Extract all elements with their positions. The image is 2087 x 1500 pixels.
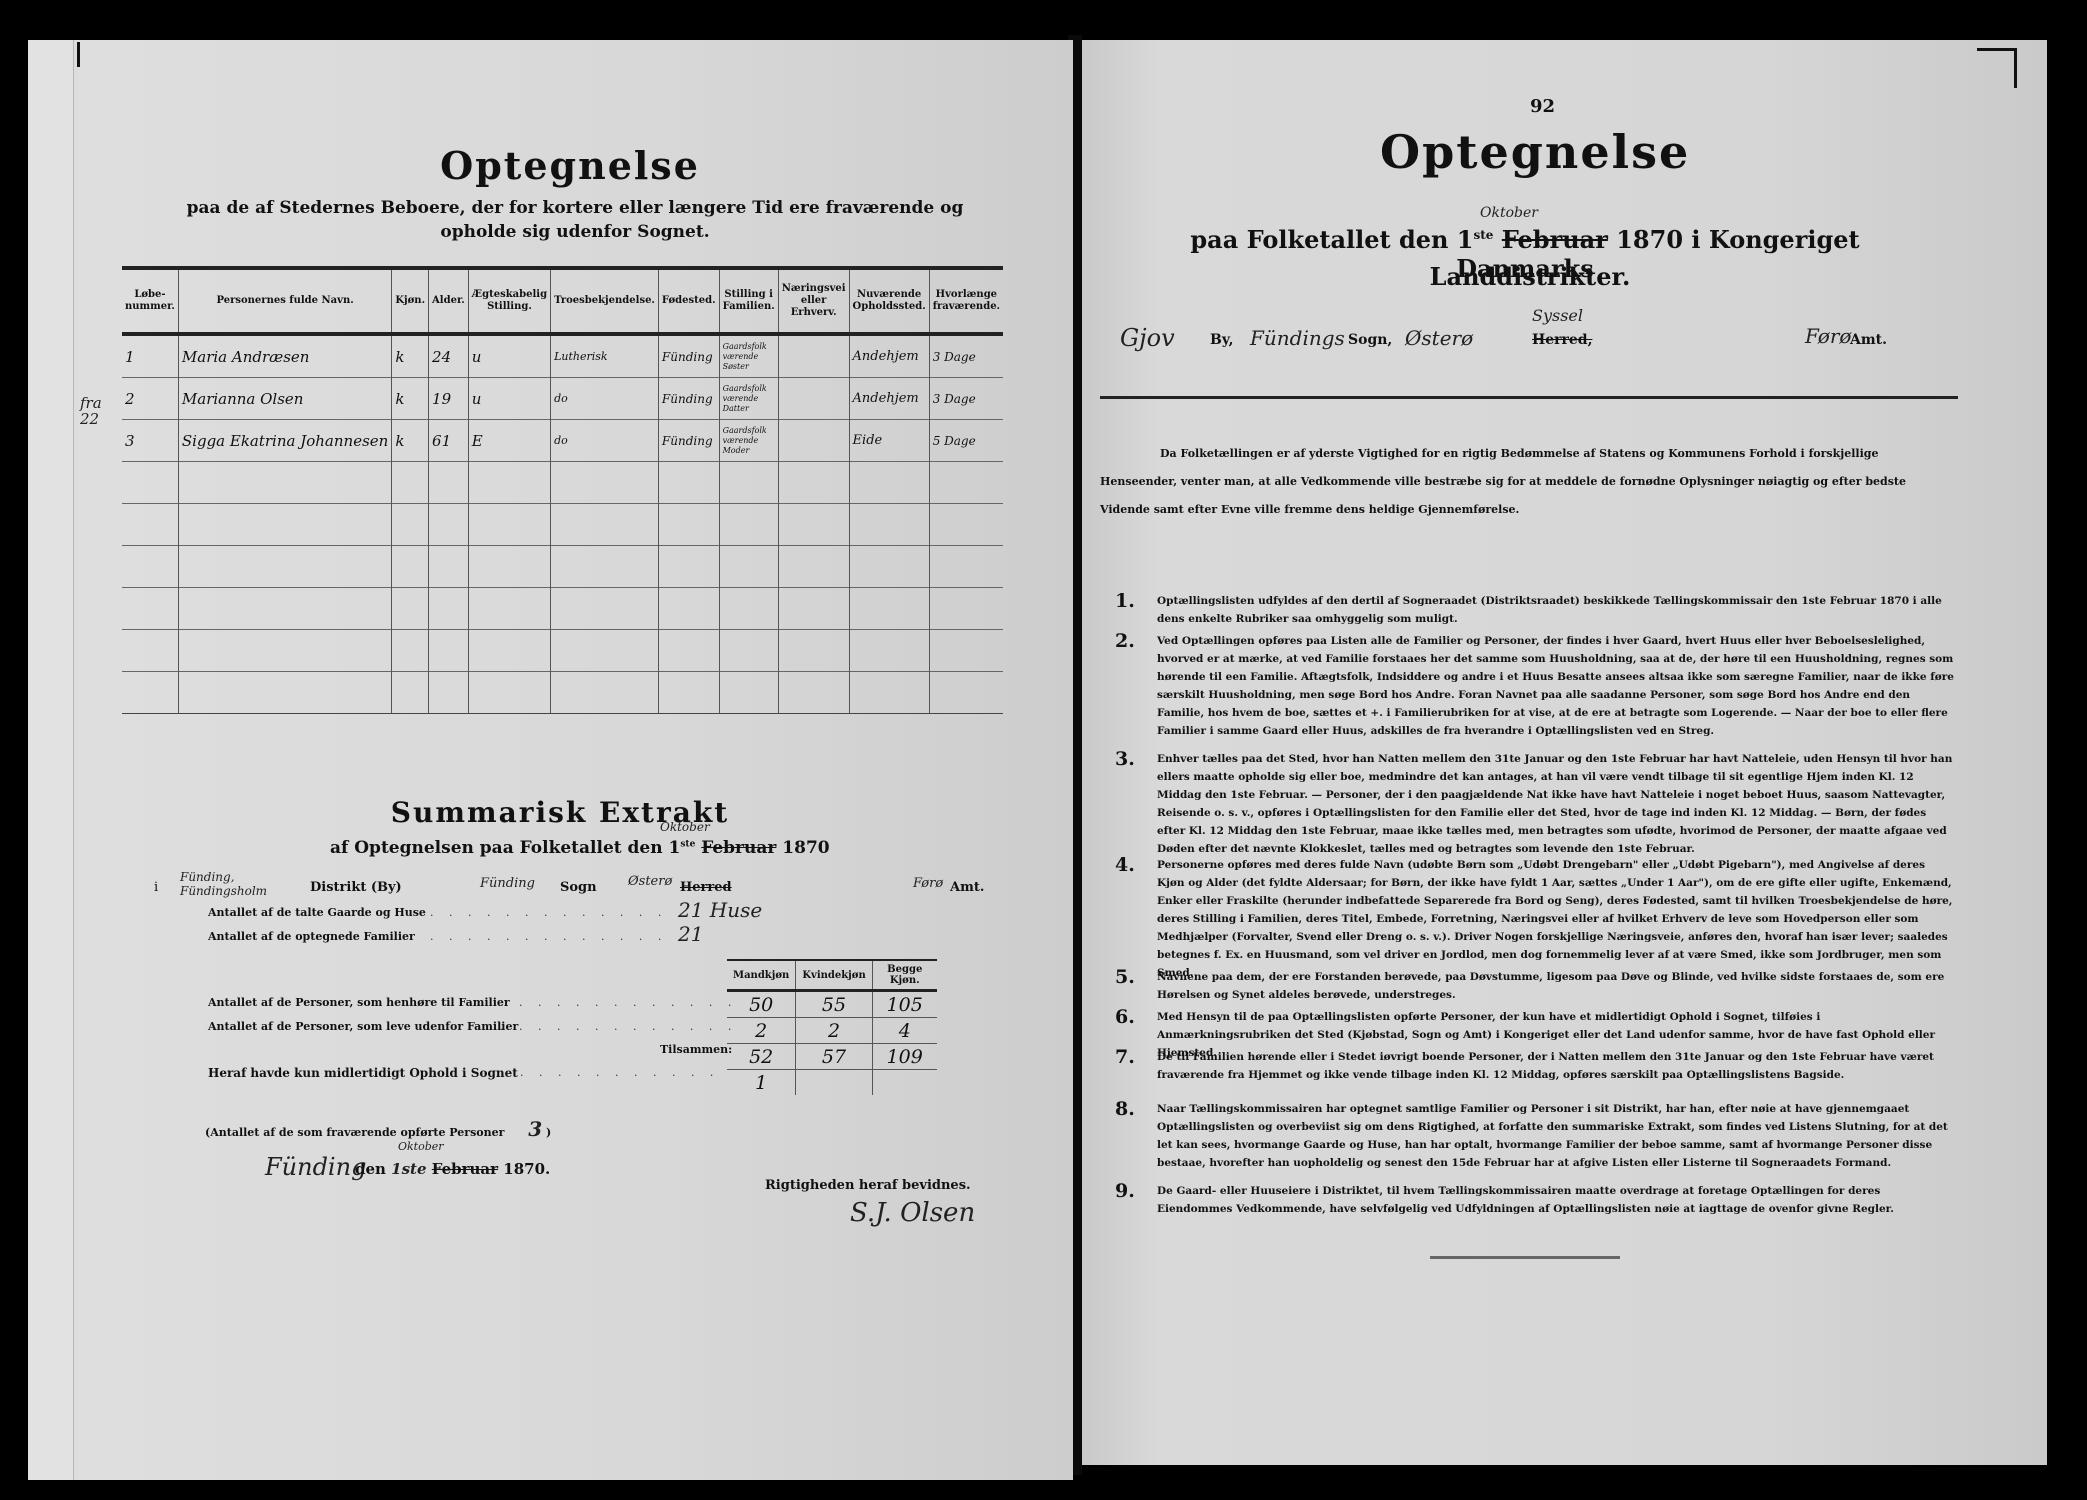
- extract-sogn-label: Sogn: [560, 880, 597, 895]
- instruction-text: De Gaard- eller Huuseiere i Distriktet, …: [1157, 1182, 1955, 1218]
- cell-nr: [122, 630, 178, 672]
- location-herred-written: Syssel: [1532, 306, 1583, 325]
- cell-nr: [122, 504, 178, 546]
- totals-cell: 1: [727, 1070, 796, 1096]
- cell-residence: [849, 504, 929, 546]
- col-header-name: Personernes fulde Navn.: [178, 268, 391, 334]
- instruction-item: 4. Personerne opføres med deres fulde Na…: [1115, 856, 1955, 982]
- cell-residence: [849, 588, 929, 630]
- cell-name: Maria Andræsen: [178, 334, 391, 378]
- cell-residence: [849, 672, 929, 714]
- cell-absent: [929, 630, 1003, 672]
- cell-marital: [468, 546, 550, 588]
- instruction-item: 2. Ved Optællingen opføres paa Listen al…: [1115, 632, 1955, 740]
- instruction-number: 4.: [1115, 856, 1135, 874]
- absentee-table: Løbe-nummer. Personernes fulde Navn. Kjø…: [122, 266, 1003, 714]
- location-by-value: Gjov: [1120, 324, 1175, 352]
- cell-nr: 1: [122, 334, 178, 378]
- table-row: [122, 462, 1003, 504]
- cell-marital: E: [468, 420, 550, 462]
- signature: S.J. Olsen: [850, 1198, 975, 1228]
- cell-absent: [929, 672, 1003, 714]
- location-sogn-value: Fündings: [1250, 326, 1345, 350]
- cell-age: 61: [429, 420, 469, 462]
- totals-cell: [872, 1070, 937, 1096]
- cell-birthplace: [658, 630, 719, 672]
- extract-subtitle: af Optegnelsen paa Folketallet den 1ste …: [330, 838, 830, 858]
- cell-occupation: [778, 672, 849, 714]
- instruction-number: 5.: [1115, 968, 1135, 986]
- cell-faith: [551, 504, 659, 546]
- page-edge-strip: [28, 40, 74, 1480]
- extract-subtitle-text: af Optegnelsen paa Folketallet den 1: [330, 838, 680, 858]
- cell-position: [719, 546, 778, 588]
- cell-occupation: [778, 462, 849, 504]
- cell-birthplace: [658, 462, 719, 504]
- dot-leader: . . . . . . . . . . . . .: [430, 906, 667, 919]
- instruction-item: 7. De til Familien hørende eller i Stede…: [1115, 1048, 1955, 1084]
- extract-year: 1870: [782, 838, 829, 858]
- cell-occupation: [778, 504, 849, 546]
- intro-paragraph: Da Folketællingen er af yderste Vigtighe…: [1100, 440, 1950, 524]
- totals-row-temporary: 1: [727, 1070, 937, 1096]
- cell-marital: u: [468, 334, 550, 378]
- cell-birthplace: [658, 504, 719, 546]
- cell-faith: do: [551, 420, 659, 462]
- instruction-text: Naar Tællingskommissairen har optegnet s…: [1157, 1100, 1955, 1172]
- col-header-residence: Nuværende Opholdssted.: [849, 268, 929, 334]
- cell-absent: 3 Dage: [929, 378, 1003, 420]
- instruction-number: 1.: [1115, 592, 1135, 610]
- location-amt-value: Førø: [1805, 324, 1851, 348]
- date-month-struck: Februar: [432, 1160, 498, 1178]
- cell-birthplace: Fünding: [658, 420, 719, 462]
- instruction-item: 5. Navnene paa dem, der ere Forstanden b…: [1115, 968, 1955, 1004]
- instruction-number: 3.: [1115, 750, 1135, 768]
- col-header-absent: Hvorlænge fraværende.: [929, 268, 1003, 334]
- date-pre: den: [355, 1160, 386, 1178]
- cell-occupation: [778, 420, 849, 462]
- cell-marital: [468, 672, 550, 714]
- table-row: [122, 546, 1003, 588]
- cell-name: [178, 504, 391, 546]
- totals-cell: 52: [727, 1044, 796, 1070]
- date-day: 1ste: [391, 1160, 426, 1178]
- cell-name: Sigga Ekatrina Johannesen: [178, 420, 391, 462]
- table-row: 2 Marianna Olsen k 19 u do Fünding Gaard…: [122, 378, 1003, 420]
- cell-absent: [929, 588, 1003, 630]
- col-header-birthplace: Fødested.: [658, 268, 719, 334]
- absent-count-line: (Antallet af de som fraværende opførte P…: [205, 1117, 551, 1141]
- instruction-text: Ved Optællingen opføres paa Listen alle …: [1157, 632, 1955, 740]
- date-month-written: Oktober: [398, 1140, 444, 1153]
- absent-count-close: ): [546, 1126, 551, 1139]
- cell-nr: [122, 546, 178, 588]
- dot-leader: . . . . . . . . . . . . .: [430, 930, 667, 943]
- cell-age: 24: [429, 334, 469, 378]
- cell-residence: [849, 462, 929, 504]
- table-row: [122, 672, 1003, 714]
- cell-residence: Eide: [849, 420, 929, 462]
- totals-label-sum: Tilsammen:: [660, 1043, 732, 1056]
- cell-sex: [392, 462, 429, 504]
- table-row: [122, 588, 1003, 630]
- cell-position: Gaardsfolk værende Søster: [719, 334, 778, 378]
- cell-sex: [392, 546, 429, 588]
- dot-leader: . . . . . . . . . . . . .: [500, 996, 737, 1009]
- instruction-text: Navnene paa dem, der ere Forstanden berø…: [1157, 968, 1955, 1004]
- totals-cell: 109: [872, 1044, 937, 1070]
- extract-herred-struck: Herred: [680, 880, 732, 895]
- cell-birthplace: Fünding: [658, 334, 719, 378]
- dot-leader: . . . . . . . . . . . . .: [500, 1020, 737, 1033]
- totals-cell: [796, 1070, 872, 1096]
- cell-sex: k: [392, 378, 429, 420]
- cell-age: 19: [429, 378, 469, 420]
- cell-absent: [929, 504, 1003, 546]
- col-header-nr: Løbe-nummer.: [122, 268, 178, 334]
- cell-marital: [468, 588, 550, 630]
- corner-mark-right-top: [1977, 48, 2017, 51]
- col-header-marital: Ægteskabelig Stilling.: [468, 268, 550, 334]
- cell-marital: u: [468, 378, 550, 420]
- col-header-sex: Kjøn.: [392, 268, 429, 334]
- right-title: Optegnelse: [1380, 125, 1680, 179]
- location-sogn-label: Sogn,: [1348, 332, 1392, 348]
- cell-nr: [122, 462, 178, 504]
- totals-cell: 105: [872, 991, 937, 1018]
- cell-absent: 3 Dage: [929, 334, 1003, 378]
- cell-position: [719, 630, 778, 672]
- totals-row-in-families: 50 55 105: [727, 991, 937, 1018]
- totals-label-temporary: Heraf havde kun midlertidigt Ophold i So…: [208, 1066, 518, 1080]
- location-herred-struck: Herred,: [1532, 332, 1592, 348]
- instruction-number: 9.: [1115, 1182, 1135, 1200]
- instruction-text: Enhver tælles paa det Sted, hvor han Nat…: [1157, 750, 1955, 858]
- cell-residence: [849, 630, 929, 672]
- cell-marital: [468, 462, 550, 504]
- cell-birthplace: Fünding: [658, 378, 719, 420]
- instruction-text: Optællingslisten udfyldes af den dertil …: [1157, 592, 1955, 628]
- totals-cell: 57: [796, 1044, 872, 1070]
- absent-count-label: (Antallet af de som fraværende opførte P…: [205, 1126, 504, 1139]
- cell-age: [429, 630, 469, 672]
- cell-name: [178, 462, 391, 504]
- instruction-text: Personerne opføres med deres fulde Navn …: [1157, 856, 1955, 982]
- totals-row-outside-families: 2 2 4: [727, 1018, 937, 1044]
- cell-position: Gaardsfolk værende Datter: [719, 378, 778, 420]
- instruction-item: 1. Optællingslisten udfyldes af den dert…: [1115, 592, 1955, 628]
- cell-occupation: [778, 588, 849, 630]
- cell-absent: [929, 546, 1003, 588]
- dot-leader: . . . . . . . . . . .: [520, 1066, 719, 1079]
- cell-marital: [468, 630, 550, 672]
- page-number: 92: [1530, 96, 1555, 117]
- instruction-text: De til Familien hørende eller i Stedet i…: [1157, 1048, 1955, 1084]
- instruction-number: 8.: [1115, 1100, 1135, 1118]
- instruction-item: 9. De Gaard- eller Huuseiere i Distrikte…: [1115, 1182, 1955, 1218]
- cell-absent: 5 Dage: [929, 420, 1003, 462]
- location-by-label: By,: [1210, 332, 1234, 348]
- extract-month-struck: Februar: [701, 838, 776, 858]
- cell-position: [719, 672, 778, 714]
- closing-rule: [1430, 1256, 1620, 1259]
- cell-faith: [551, 546, 659, 588]
- corner-mark-left: [77, 42, 80, 67]
- location-amt-label: Amt.: [1850, 332, 1887, 348]
- cell-birthplace: [658, 588, 719, 630]
- cell-name: [178, 588, 391, 630]
- totals-label-outside-families: Antallet af de Personer, som leve udenfo…: [208, 1020, 518, 1033]
- extract-district-label: Distrikt (By): [310, 880, 402, 895]
- cell-position: [719, 504, 778, 546]
- cell-marital: [468, 504, 550, 546]
- cell-occupation: [778, 630, 849, 672]
- cell-age: [429, 462, 469, 504]
- place-written: Fünding: [265, 1153, 366, 1181]
- cell-nr: [122, 672, 178, 714]
- table-row: 1 Maria Andræsen k 24 u Lutherisk Fündin…: [122, 334, 1003, 378]
- col-header-faith: Troesbekjendelse.: [551, 268, 659, 334]
- absent-count-value: 3: [528, 1117, 542, 1141]
- table-header-row: Løbe-nummer. Personernes fulde Navn. Kjø…: [122, 268, 1003, 334]
- cell-faith: [551, 588, 659, 630]
- cell-birthplace: [658, 672, 719, 714]
- cell-sex: [392, 504, 429, 546]
- cell-age: [429, 504, 469, 546]
- totals-row-sum: 52 57 109: [727, 1044, 937, 1070]
- totals-cell: 2: [796, 1018, 872, 1044]
- cell-nr: 2: [122, 378, 178, 420]
- cell-faith: [551, 462, 659, 504]
- extract-prefix: i: [154, 880, 158, 895]
- attest-label: Rigtigheden heraf bevidnes.: [765, 1178, 971, 1193]
- date-year: 1870.: [503, 1160, 550, 1178]
- instruction-number: 2.: [1115, 632, 1135, 650]
- right-subtitle-pre: paa Folketallet den 1: [1190, 225, 1473, 254]
- cell-name: [178, 672, 391, 714]
- extract-sogn-value: Fünding: [480, 876, 535, 891]
- instruction-number: 7.: [1115, 1048, 1135, 1066]
- col-header-position: Stilling i Familien.: [719, 268, 778, 334]
- cell-occupation: [778, 378, 849, 420]
- cell-age: [429, 546, 469, 588]
- cell-faith: [551, 672, 659, 714]
- cell-name: Marianna Olsen: [178, 378, 391, 420]
- table-row: [122, 504, 1003, 546]
- cell-residence: [849, 546, 929, 588]
- right-subtitle-line2: Landdistrikter.: [1380, 262, 1680, 291]
- instruction-item: 3. Enhver tælles paa det Sted, hvor han …: [1115, 750, 1955, 858]
- totals-header-row: Mandkjøn Kvindekjøn Begge Kjøn.: [727, 960, 937, 991]
- cell-sex: [392, 588, 429, 630]
- col-header-age: Alder.: [429, 268, 469, 334]
- cell-occupation: [778, 546, 849, 588]
- corner-mark-right-vertical: [2014, 48, 2017, 88]
- right-month-struck: Februar: [1502, 225, 1608, 254]
- totals-label-in-families: Antallet af de Personer, som henhøre til…: [208, 996, 510, 1009]
- cell-residence: Andehjem: [849, 378, 929, 420]
- table-row: [122, 630, 1003, 672]
- cell-sex: [392, 630, 429, 672]
- date-line: den 1ste Februar 1870.: [355, 1160, 550, 1178]
- cell-sex: [392, 672, 429, 714]
- cell-nr: 3: [122, 420, 178, 462]
- cell-residence: Andehjem: [849, 334, 929, 378]
- cell-position: [719, 588, 778, 630]
- totals-table: Mandkjøn Kvindekjøn Begge Kjøn. 50 55 10…: [727, 959, 937, 1095]
- cell-faith: do: [551, 378, 659, 420]
- cell-name: [178, 630, 391, 672]
- instruction-number: 6.: [1115, 1008, 1135, 1026]
- cell-occupation: [778, 334, 849, 378]
- cell-age: [429, 588, 469, 630]
- left-title: Optegnelse: [440, 143, 700, 188]
- cell-position: [719, 462, 778, 504]
- right-subtitle-sup: ste: [1474, 228, 1494, 242]
- totals-cell: 55: [796, 991, 872, 1018]
- location-rule: [1100, 396, 1958, 399]
- margin-note: fra 22: [80, 395, 120, 427]
- cell-position: Gaardsfolk værende Moder: [719, 420, 778, 462]
- cell-faith: Lutherisk: [551, 334, 659, 378]
- cell-sex: k: [392, 334, 429, 378]
- extract-amt-value: Førø: [913, 876, 943, 891]
- cell-sex: k: [392, 420, 429, 462]
- instruction-item: 8. Naar Tællingskommissairen har optegne…: [1115, 1100, 1955, 1172]
- totals-header-both: Begge Kjøn.: [872, 960, 937, 991]
- right-month-written: Oktober: [1480, 205, 1538, 221]
- location-herred-value: Østerø: [1405, 326, 1473, 350]
- extract-herred-value: Østerø: [628, 874, 672, 889]
- col-header-occupation: Næringsvei eller Erhverv.: [778, 268, 849, 334]
- extract-district-value: Fünding, Fündingsholm: [180, 870, 300, 898]
- cell-absent: [929, 462, 1003, 504]
- totals-header-female: Kvindekjøn: [796, 960, 872, 991]
- cell-name: [178, 546, 391, 588]
- extract-row-families-value: 21: [678, 922, 703, 946]
- extract-amt-label: Amt.: [950, 880, 984, 895]
- extract-subtitle-sup: ste: [680, 839, 695, 849]
- location-line: Gjov By, Fündings Sogn, Østerø Syssel He…: [1100, 318, 1950, 368]
- table-row: 3 Sigga Ekatrina Johannesen k 61 E do Fü…: [122, 420, 1003, 462]
- extract-location-line: i Fünding, Fündingsholm Distrikt (By) Fü…: [150, 870, 1000, 910]
- extract-row-houses-value: 21 Huse: [678, 898, 762, 922]
- totals-header-male: Mandkjøn: [727, 960, 796, 991]
- left-subtitle: paa de af Stedernes Beboere, der for kor…: [180, 196, 970, 244]
- cell-nr: [122, 588, 178, 630]
- cell-age: [429, 672, 469, 714]
- cell-birthplace: [658, 546, 719, 588]
- cell-faith: [551, 630, 659, 672]
- left-page: [28, 40, 1073, 1480]
- extract-month-written: Oktober: [660, 820, 710, 834]
- totals-cell: 4: [872, 1018, 937, 1044]
